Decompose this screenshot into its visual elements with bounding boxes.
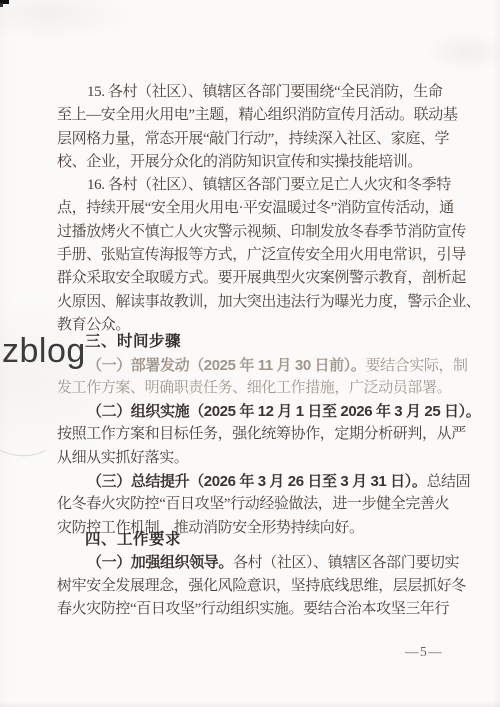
doc-line: （一）加强组织领导。各村（社区）、镇辖区各部门要切实: [57, 551, 469, 574]
doc-line: 层网格力量，常态开展“敲门行动”，持续深入社区、家庭、学: [57, 128, 469, 151]
subsection-label: （一）部署发动（2025 年 11 月 30 日前）。: [87, 357, 365, 374]
doc-line: 火原因、解读事故教训，加大突出违法行为曝光力度，警示企业、: [57, 291, 469, 314]
doc-line: 发工作方案、明确职责任务、细化工作措施，广泛动员部署。: [57, 377, 469, 400]
doc-line: 16. 各村（社区）、镇辖区各部门要立足亡人火灾和冬季特: [57, 174, 469, 197]
subsection-label: （三）总结提升（2026 年 3 月 26 日至 3 月 31 日）。: [87, 473, 426, 490]
scan-corner-artifact: [0, 0, 9, 4]
subsection-implement: （二）组织实施（2025 年 12 月 1 日至 2026 年 3 月 25 日…: [57, 400, 469, 470]
doc-line: 群众采取安全取暖方式。要开展典型火灾案例警示教育，剖析起: [57, 267, 469, 290]
document-body: 15. 各村（社区）、镇辖区各部门要围绕“全民消防，生命 至上—安全用火用电”主…: [57, 81, 469, 621]
doc-line: 化冬春火灾防控“百日攻坚”行动经验做法，进一步健全完善火: [57, 493, 469, 516]
subsection-leadership: （一）加强组织领导。各村（社区）、镇辖区各部门要切实 树牢安全发展理念，强化风险…: [57, 551, 469, 621]
doc-line: （三）总结提升（2026 年 3 月 26 日至 3 月 31 日）。总结固: [57, 470, 469, 493]
doc-line: （二）组织实施（2025 年 12 月 1 日至 2026 年 3 月 25 日…: [57, 400, 469, 423]
paragraph-16: 16. 各村（社区）、镇辖区各部门要立足亡人火灾和冬季特 点，持续开展“安全用火…: [57, 174, 469, 337]
doc-line: 过播放烤火不慎亡人火灾警示视频、印制发放冬春季节消防宣传: [57, 221, 469, 244]
doc-line: 15. 各村（社区）、镇辖区各部门要围绕“全民消防，生命: [57, 81, 469, 104]
doc-line: 至上—安全用火用电”主题，精心组织消防宣传月活动。联动基: [57, 104, 469, 127]
doc-line: 手册、张贴宣传海报等方式，广泛宣传安全用火用电常识，引导: [57, 244, 469, 267]
doc-line-text: 各村（社区）、镇辖区各部门要切实: [233, 555, 459, 571]
subsection-label: （二）组织实施（2025 年 12 月 1 日至 2026 年 3 月 25 日…: [87, 403, 480, 420]
doc-line: 校、企业，开展分众化的消防知识宣传和实操技能培训。: [57, 151, 469, 174]
doc-line: （一）部署发动（2025 年 11 月 30 日前）。要结合实际，制: [57, 354, 469, 377]
paragraph-15: 15. 各村（社区）、镇辖区各部门要围绕“全民消防，生命 至上—安全用火用电”主…: [57, 81, 469, 174]
subsection-label: （一）加强组织领导。: [87, 554, 233, 571]
scanned-document-page: zblog 15. 各村（社区）、镇辖区各部门要围绕“全民消防，生命 至上—安全…: [0, 0, 500, 707]
doc-line-text: 总结固: [426, 474, 470, 490]
doc-line: 点，持续开展“安全用火用电·平安温暖过冬”消防宣传活动，通: [57, 197, 469, 220]
doc-line: 按照工作方案和目标任务，强化统筹协作，定期分析研判，从严: [57, 423, 469, 446]
section-heading-time-steps: 三、时间步骤: [57, 330, 469, 353]
page-number: —5—: [405, 644, 443, 660]
doc-line: 树牢安全发展理念，强化风险意识，坚持底线思维，层层抓好冬: [57, 575, 469, 598]
doc-line: 从细从实抓好落实。: [57, 447, 469, 470]
doc-line-text: 要结合实际，制: [365, 358, 467, 374]
doc-line: 春火灾防控“百日攻坚”行动组织实施。要结合治本攻坚三年行: [57, 598, 469, 621]
scan-crease: [0, 397, 61, 461]
subsection-deploy: （一）部署发动（2025 年 11 月 30 日前）。要结合实际，制 发工作方案…: [57, 354, 469, 401]
